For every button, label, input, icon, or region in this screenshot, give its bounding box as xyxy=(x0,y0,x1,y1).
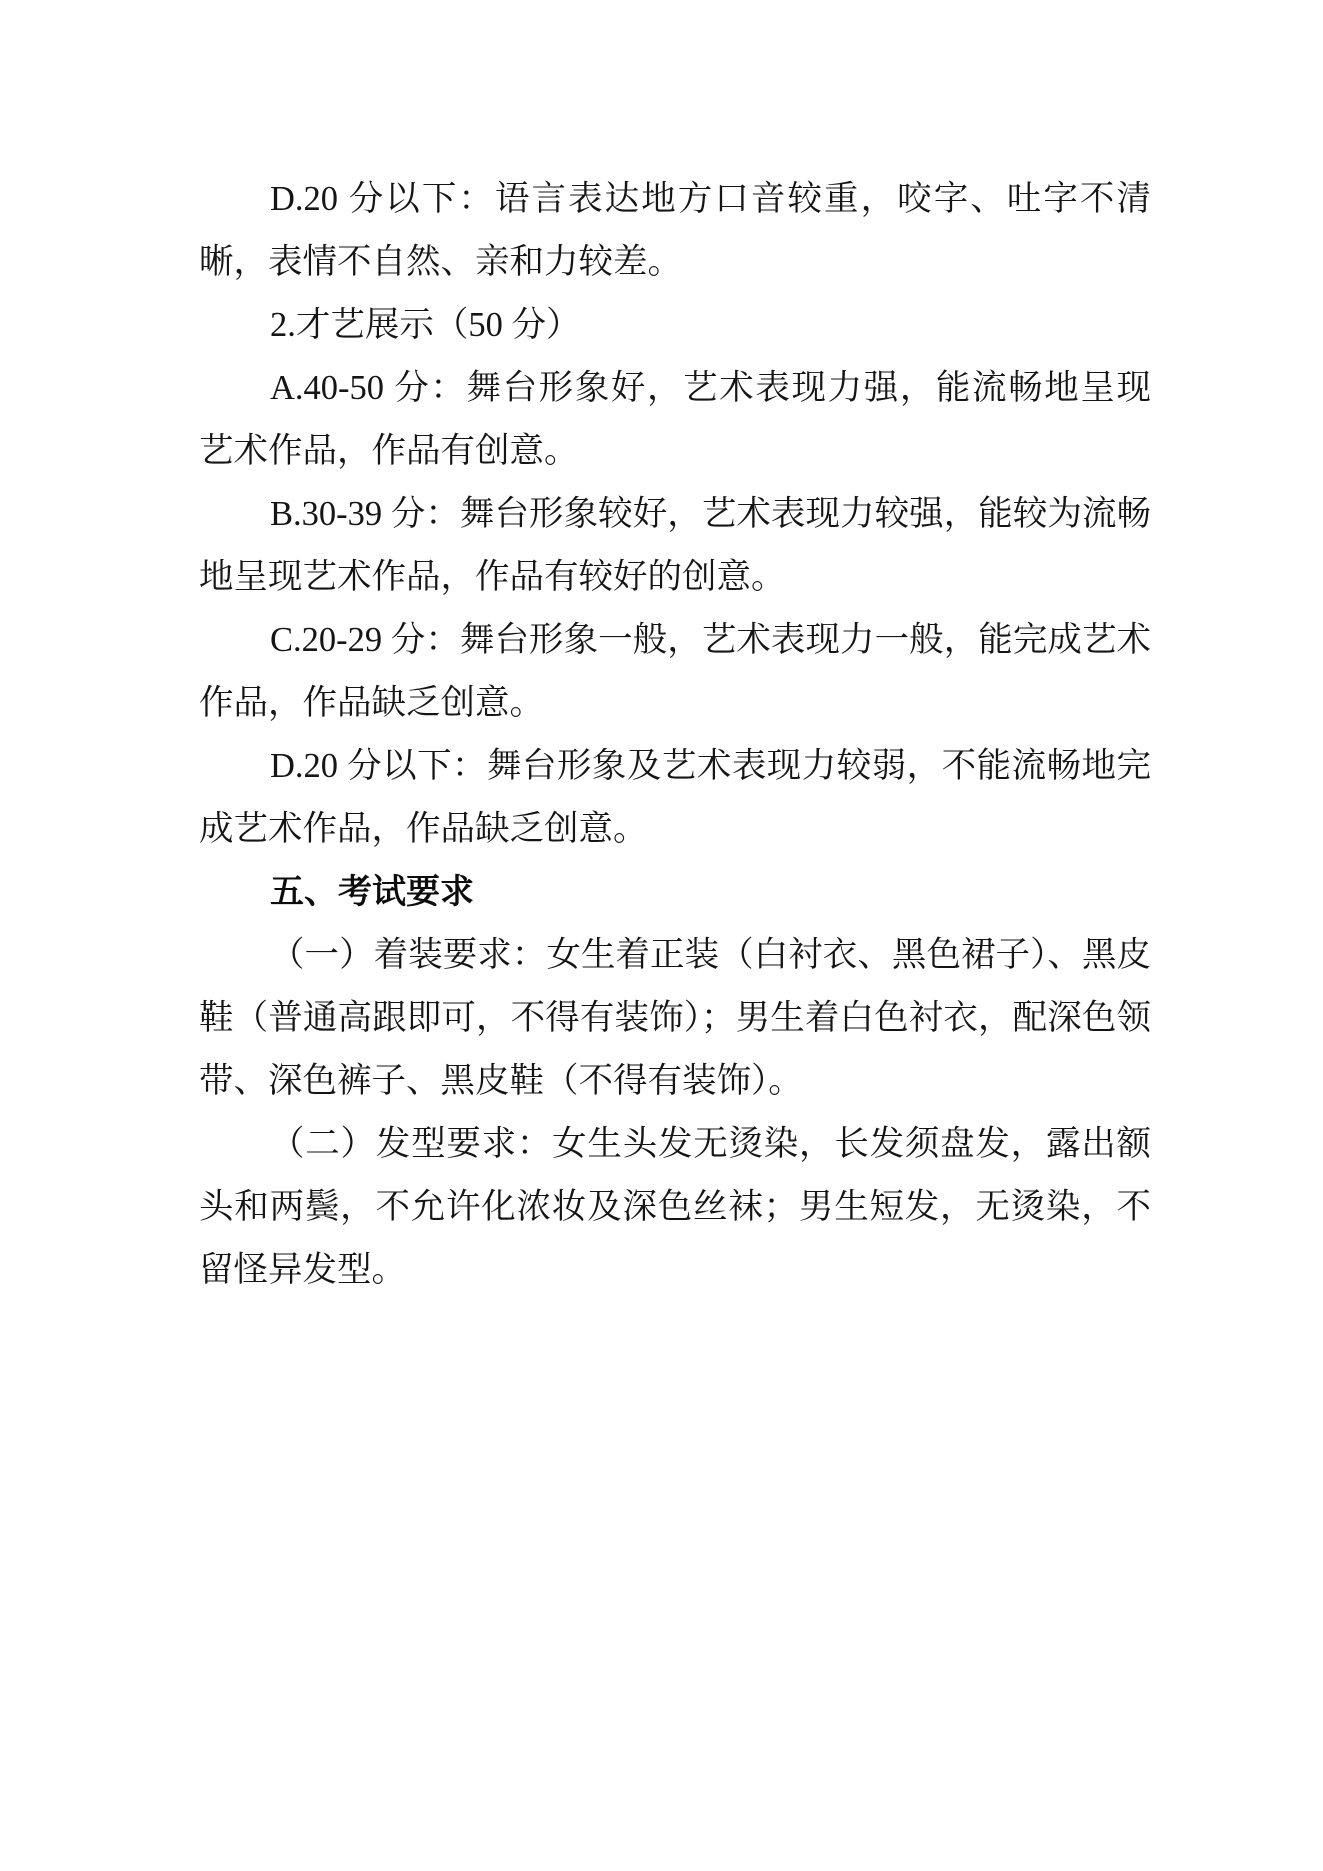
paragraph-talent-show-title: 2.才艺展示（50 分） xyxy=(199,294,1151,357)
document-body: D.20 分以下：语言表达地方口音较重，咬字、吐字不清晰，表情不自然、亲和力较差… xyxy=(199,168,1151,1302)
paragraph-dress-requirements: （一）着装要求：女生着正装（白衬衣、黑色裙子）、黑皮鞋（普通高跟即可，不得有装饰… xyxy=(199,924,1151,1113)
paragraph-score-d-speech: D.20 分以下：语言表达地方口音较重，咬字、吐字不清晰，表情不自然、亲和力较差… xyxy=(199,168,1151,294)
document-page: D.20 分以下：语言表达地方口音较重，咬字、吐字不清晰，表情不自然、亲和力较差… xyxy=(0,0,1323,1871)
paragraph-score-b-talent: B.30-39 分：舞台形象较好，艺术表现力较强，能较为流畅地呈现艺术作品，作品… xyxy=(199,483,1151,609)
section-heading-exam-requirements: 五、考试要求 xyxy=(199,861,1151,924)
paragraph-hairstyle-requirements: （二）发型要求：女生头发无烫染，长发须盘发，露出额头和两鬓，不允许化浓妆及深色丝… xyxy=(199,1113,1151,1302)
paragraph-score-d-talent: D.20 分以下：舞台形象及艺术表现力较弱，不能流畅地完成艺术作品，作品缺乏创意… xyxy=(199,735,1151,861)
paragraph-score-c-talent: C.20-29 分：舞台形象一般，艺术表现力一般，能完成艺术作品，作品缺乏创意。 xyxy=(199,609,1151,735)
paragraph-score-a-talent: A.40-50 分：舞台形象好，艺术表现力强，能流畅地呈现艺术作品，作品有创意。 xyxy=(199,357,1151,483)
